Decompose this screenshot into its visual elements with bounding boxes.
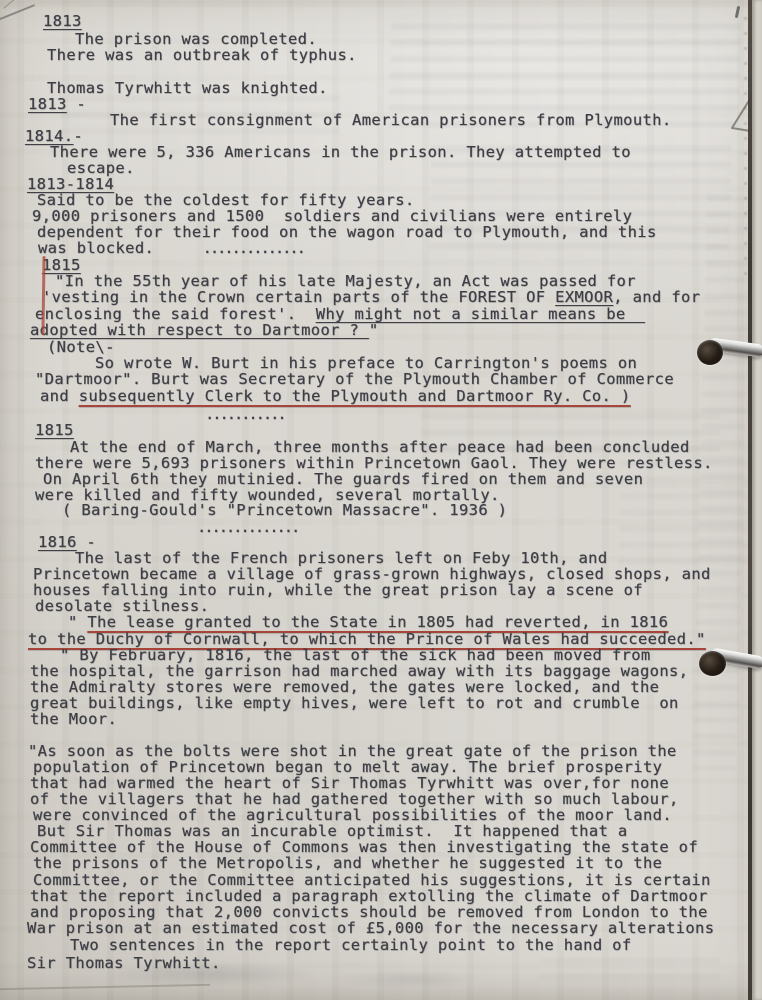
pencil-smudge [330,966,490,992]
pencil-mark-top-left [0,4,35,21]
typed-line: desolate stilness. [35,598,209,614]
bleedthrough-smudge [692,190,751,770]
typed-line: ( Baring-Gould's "Princetown Massacre". … [62,502,507,518]
typed-line: escape. [67,160,135,176]
typed-line: (Note\- [47,339,115,355]
edge-text-fragments [744,15,747,275]
typed-line: Said to be the coldest for fifty years. [37,192,415,208]
typed-line: The prison was completed. [75,31,317,47]
binder-hole-bottom [699,651,726,676]
typed-line: There was an outbreak of typhus. [47,47,357,63]
typed-line: At the end of March, three months after … [70,439,690,455]
typed-line: of the villagers that he had gathered to… [30,791,679,807]
typed-line: The last of the French prisoners left on… [75,550,608,566]
typed-line: there were 5,693 prisoners within Prince… [35,455,713,471]
typed-line: adopted with respect to Dartmoor ? " [30,322,379,338]
typed-line: 'vesting in the Crown certain parts of t… [42,289,700,305]
bleedthrough-smudge [540,952,721,984]
pencil-mark-top-left-2 [3,0,15,9]
typed-line: Two sentences in the report certainly po… [70,937,632,953]
heading-1813b: 1813 - [28,96,86,112]
heading-1815b: 1815 [35,422,74,438]
typed-line: the Admiralty stores were removed, the g… [30,679,659,695]
typed-line: Sir Thomas Tyrwhitt. [27,955,221,971]
typed-line: "In the 55th year of his late Majesty, a… [55,273,636,289]
typed-line: Princetown became a village of grass-gro… [33,566,711,582]
typed-line: Committee, or the Committee anticipated … [33,872,711,888]
typed-line: The first consignment of American prison… [110,112,672,128]
ink-tick-top-right [735,6,740,18]
next-page-edge [752,0,762,1000]
typed-line: enclosing the said forest'. Why might no… [35,306,645,322]
heading-1815: 1815 [42,257,81,273]
typed-line: to the Duchy of Cornwall, to which the P… [28,631,706,647]
typed-line: houses falling into ruin, while the grea… [33,582,643,598]
heading-1813: 1813 [43,13,82,29]
typed-line: great buildings, like empty hives, were … [30,695,679,711]
typed-line: was blocked. .............. [38,240,304,256]
typed-line: On April 6th they mutinied. The guards f… [43,471,643,487]
scanned-page: 1813The prison was completed.There was a… [0,0,762,1000]
typed-line: and subsequently Clerk to the Plymouth a… [40,388,631,404]
heading-1814: 1814.- [25,128,83,144]
dots-separator: ........... [205,406,285,422]
typed-line: Thomas Tyrwhitt was knighted. [47,80,328,96]
typed-line: There were 5, 336 Americans in the priso… [50,144,631,160]
typed-line: So wrote W. Burt in his preface to Carri… [95,355,637,371]
binder-hole-top [697,340,723,365]
typed-line: the prisons of the Metropolis, and wheth… [33,855,662,871]
typed-line: Committee of the House of Commons was th… [30,839,698,855]
typed-line: and proposing that 2,000 convicts should… [30,904,708,920]
typed-line: were convinced of the agricultural possi… [33,807,672,823]
typed-line: that the report included a paragraph ext… [30,888,708,904]
typed-line: But Sir Thomas was an incurable optimist… [37,823,628,839]
typed-line: that had warmed the heart of Sir Thomas … [30,775,669,791]
heading-1816: 1816 - [38,534,96,550]
typed-line: " By February, 1816, the last of the sic… [60,647,651,663]
typed-line: the hospital, the garrison had marched a… [30,663,688,679]
typed-line: " The lease granted to the State in 1805… [68,614,668,630]
typed-line: 9,000 prisoners and 1500 soldiers and ci… [32,208,632,224]
typed-line: War prison at an estimated cost of £5,00… [27,920,714,936]
typed-line: "As soon as the bolts were shot in the g… [28,743,677,759]
dots-separator: .............. [197,519,298,535]
typed-line: dependent for their food on the wagon ro… [37,224,657,240]
typed-line: "Dartmoor". Burt was Secretary of the Pl… [35,371,674,387]
heading-1813-1814: 1813-1814 [27,176,114,192]
bottom-fold-crease [0,984,210,990]
typed-line: population of Princetown began to melt a… [33,759,662,775]
typed-line: the Moor. [30,711,117,727]
